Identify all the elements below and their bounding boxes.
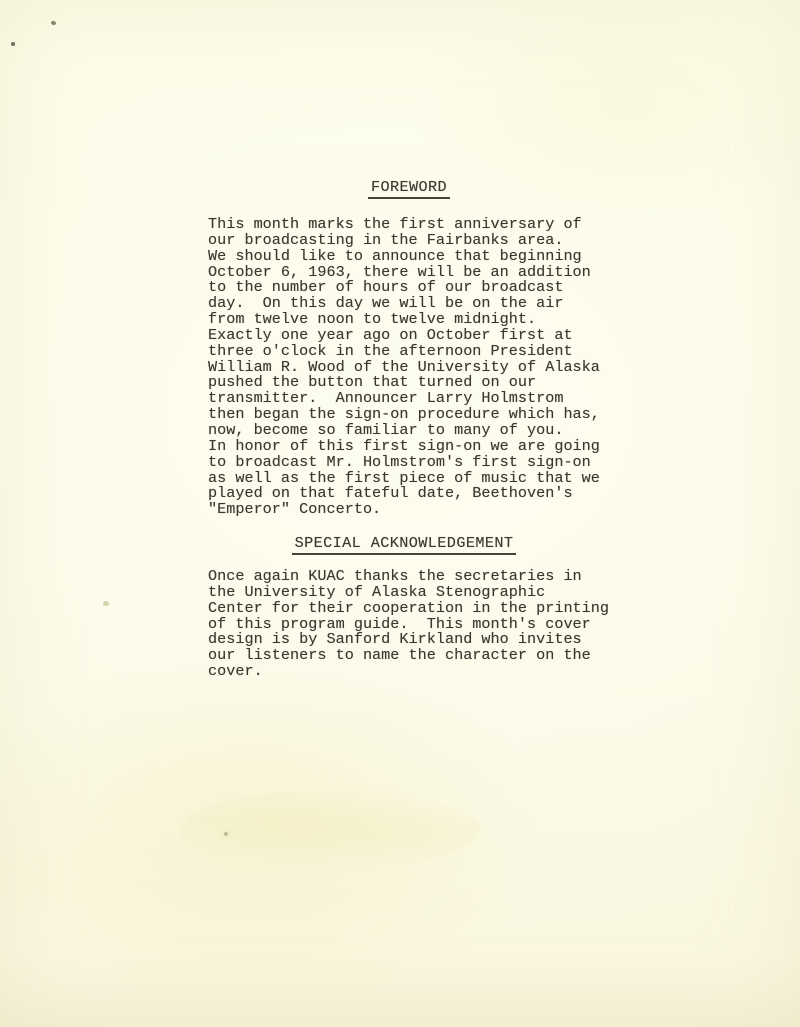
paper-speck <box>11 42 15 46</box>
paper-smudge <box>180 790 480 870</box>
section-heading-foreword-text: FOREWORD <box>368 180 450 199</box>
paper-speck <box>50 20 56 25</box>
scanned-document-page: FOREWORD This month marks the first anni… <box>0 0 800 1027</box>
section-body-acknowledgement: Once again KUAC thanks the secretaries i… <box>208 569 638 680</box>
section-body-foreword: This month marks the first anniversary o… <box>208 217 638 518</box>
section-heading-acknowledgement: SPECIAL ACKNOWLEDGEMENT <box>200 536 608 555</box>
section-heading-foreword: FOREWORD <box>205 180 613 199</box>
paper-speck <box>103 601 109 606</box>
section-heading-acknowledgement-text: SPECIAL ACKNOWLEDGEMENT <box>292 536 517 555</box>
